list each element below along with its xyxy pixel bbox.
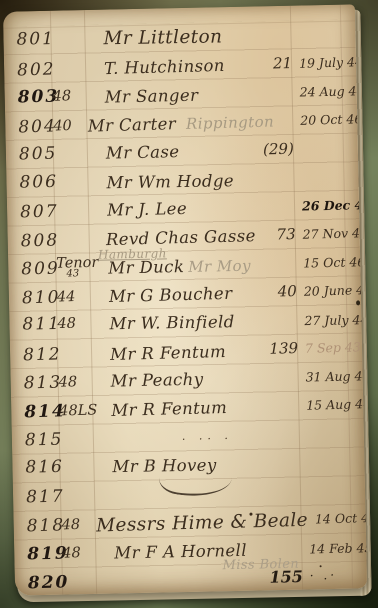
entry-extra-number [254,263,296,264]
entry-size [52,39,88,40]
entry-date: 20 Oct 46 [293,111,357,128]
entry-name-text: Mr R Fentum [110,342,226,364]
entry-size: 48 [59,374,95,389]
entry-size: 48 [62,518,81,533]
entry-name: Mr Sanger [88,82,250,106]
pencil-annotation: Rippington [186,112,275,132]
entry-number: 819 [14,544,62,565]
entry-date [291,35,355,36]
entry-extra-number [249,36,291,37]
entry-date: 20 June 47 [297,282,361,299]
entry-name: Mr Wm Hodge [90,168,252,192]
entry-extra-number [257,377,299,378]
entry-number: 802 [4,59,53,80]
entry-name: T. Hutchinson [88,54,250,77]
entry-name: Mr CarterRippington [72,111,275,135]
entry-size: Tenor43 [56,256,92,279]
entry-date: 27 Nov 47 [295,225,359,242]
entry-date: · .· [303,568,367,584]
entry-extra-number [260,549,302,550]
entry-size: 48 [62,546,98,561]
entry-name: Revd Chas Gasse [90,226,256,249]
entry-extra-number [252,178,294,179]
entry-size [55,210,91,211]
entry-name: Mr DuckHamburghMr Moy [92,254,254,278]
entry-date: 7 Sep 43 [298,339,362,356]
entry-name: Mr Littleton [87,26,249,50]
entry-extra-number [258,464,300,465]
entry-extra-number: 155 [261,567,303,587]
entry-name: Mr W. Binfield [93,312,255,334]
entry-name-text: Mr R Fentum [111,398,227,420]
entry-date: 27 July 44 [297,312,361,328]
ledger-page: 801 Mr Littleton 802 T. Hutchinson 21 19… [3,4,367,595]
entry-number: 808 [7,231,56,252]
entry-name: Mr B Hovey [96,455,258,477]
entry-date [300,463,364,464]
entry-size: 40 [53,119,72,134]
entry-date: 31 Aug 44 [298,369,362,385]
entry-name: · ·· · [96,425,258,449]
entry-name: Messrs Hime & Beale [80,508,308,537]
entry-name-text: · ·· · [112,432,233,448]
entry-number: 818 [13,516,62,537]
entry-name-text: Mr Peachy [110,370,203,391]
entry-size [61,496,97,497]
entry-date: 19 July 44 [292,54,356,71]
entry-name-text: Mr G Boucher [109,283,233,305]
entry-size: 48 [57,317,93,332]
entry-extra-number [255,321,297,322]
entry-date [301,490,365,491]
entry-number: 806 [6,172,54,193]
entry-name: Mr R Fentum [95,397,257,420]
ledger-rows: 801 Mr Littleton 802 T. Hutchinson 21 19… [3,19,367,595]
entry-extra-number [251,92,293,93]
entry-number: 813 [11,372,59,393]
entry-name: Mr J. Lee [91,198,253,220]
entry-date: 14 Oct 44 [308,510,367,527]
entry-size: 44 [57,289,93,304]
entry-number: 809 [8,258,56,279]
ink-speck [320,565,322,567]
entry-name-text: Mr Wm Hodge [106,171,234,192]
ledger-row: 806 Mr Wm Hodge [6,163,358,197]
entry-extra-number: 21 [250,54,292,73]
entry-name-text: Mr Case [106,142,180,163]
entry-date: 15 Aug 44 [299,396,363,413]
entry-name: Mr F A HornellMiss Bolen [98,540,260,562]
entry-number: 814 [11,402,60,423]
entry-extra-number [274,120,293,121]
pencil-annotation: Mr Moy [188,257,251,276]
entry-extra-number [257,405,299,406]
entry-name [99,578,261,582]
entry-date: 15 Oct 46 [296,254,360,270]
entry-extra-number: 73 [255,225,295,244]
entry-extra-number: 139 [256,339,298,358]
entry-size [60,439,96,440]
entry-size [60,467,96,468]
entry-name-text: Mr Littleton [103,26,222,49]
entry-number: 805 [6,144,54,165]
entry-number: 815 [12,430,60,451]
ink-speck [249,513,252,516]
entry-name-text: Mr Carter [88,114,177,135]
entry-date: 24 Aug 44 [293,83,357,99]
entry-name-text: Mr J. Lee [107,199,187,220]
entry-size [58,354,94,355]
entry-extra-number [259,492,301,493]
entry-date: 26 Dec 45 [295,197,359,213]
ink-speck [356,300,360,305]
photo-background: 801 Mr Littleton 802 T. Hutchinson 21 19… [0,0,378,608]
entry-date [294,148,358,149]
entry-number: 812 [10,345,59,366]
entry-date: 14 Feb 45 [302,540,366,556]
entry-extra-number: 40 [255,282,297,301]
entry-size [55,181,91,182]
entry-number: 817 [13,487,61,508]
entry-number: 803 [5,87,53,108]
entry-size [52,68,88,69]
entry-number: 807 [7,201,55,222]
entry-name: Mr G Boucher [93,283,255,306]
entry-size: 48LS [59,404,95,419]
entry-extra-number [253,206,295,207]
entry-date [294,177,358,178]
entry-size-sub: 43 [66,269,92,280]
entry-number: 810 [9,288,58,309]
entry-date [300,433,364,434]
pencil-annotation: Hamburgh [98,247,167,262]
entry-size [54,153,90,154]
entry-name: Mr R Fentum [94,339,257,364]
ledger-row: 816 Mr B Hovey [12,448,364,482]
entry-number: 820 [15,573,64,594]
entry-name: Mr Case [90,141,252,163]
entry-number: 816 [12,457,60,478]
entry-name-text: Revd Chas Gasse [106,226,256,249]
entry-number: 811 [9,315,57,336]
entry-name: Mr Peachy [94,369,256,391]
entry-number: 801 [3,29,51,50]
entry-name-text: T. Hutchinson [104,55,225,77]
entry-extra-number: (29) [252,140,294,159]
entry-name-text: Mr W. Binfield [109,312,235,333]
entry-name-text: Mr Sanger [105,86,199,107]
entry-number: 804 [5,116,54,137]
entry-name-text: Messrs Hime & Beale [96,510,308,537]
entry-size: 48 [53,89,89,104]
entry-size [56,240,90,241]
entry-extra-number [258,435,300,436]
